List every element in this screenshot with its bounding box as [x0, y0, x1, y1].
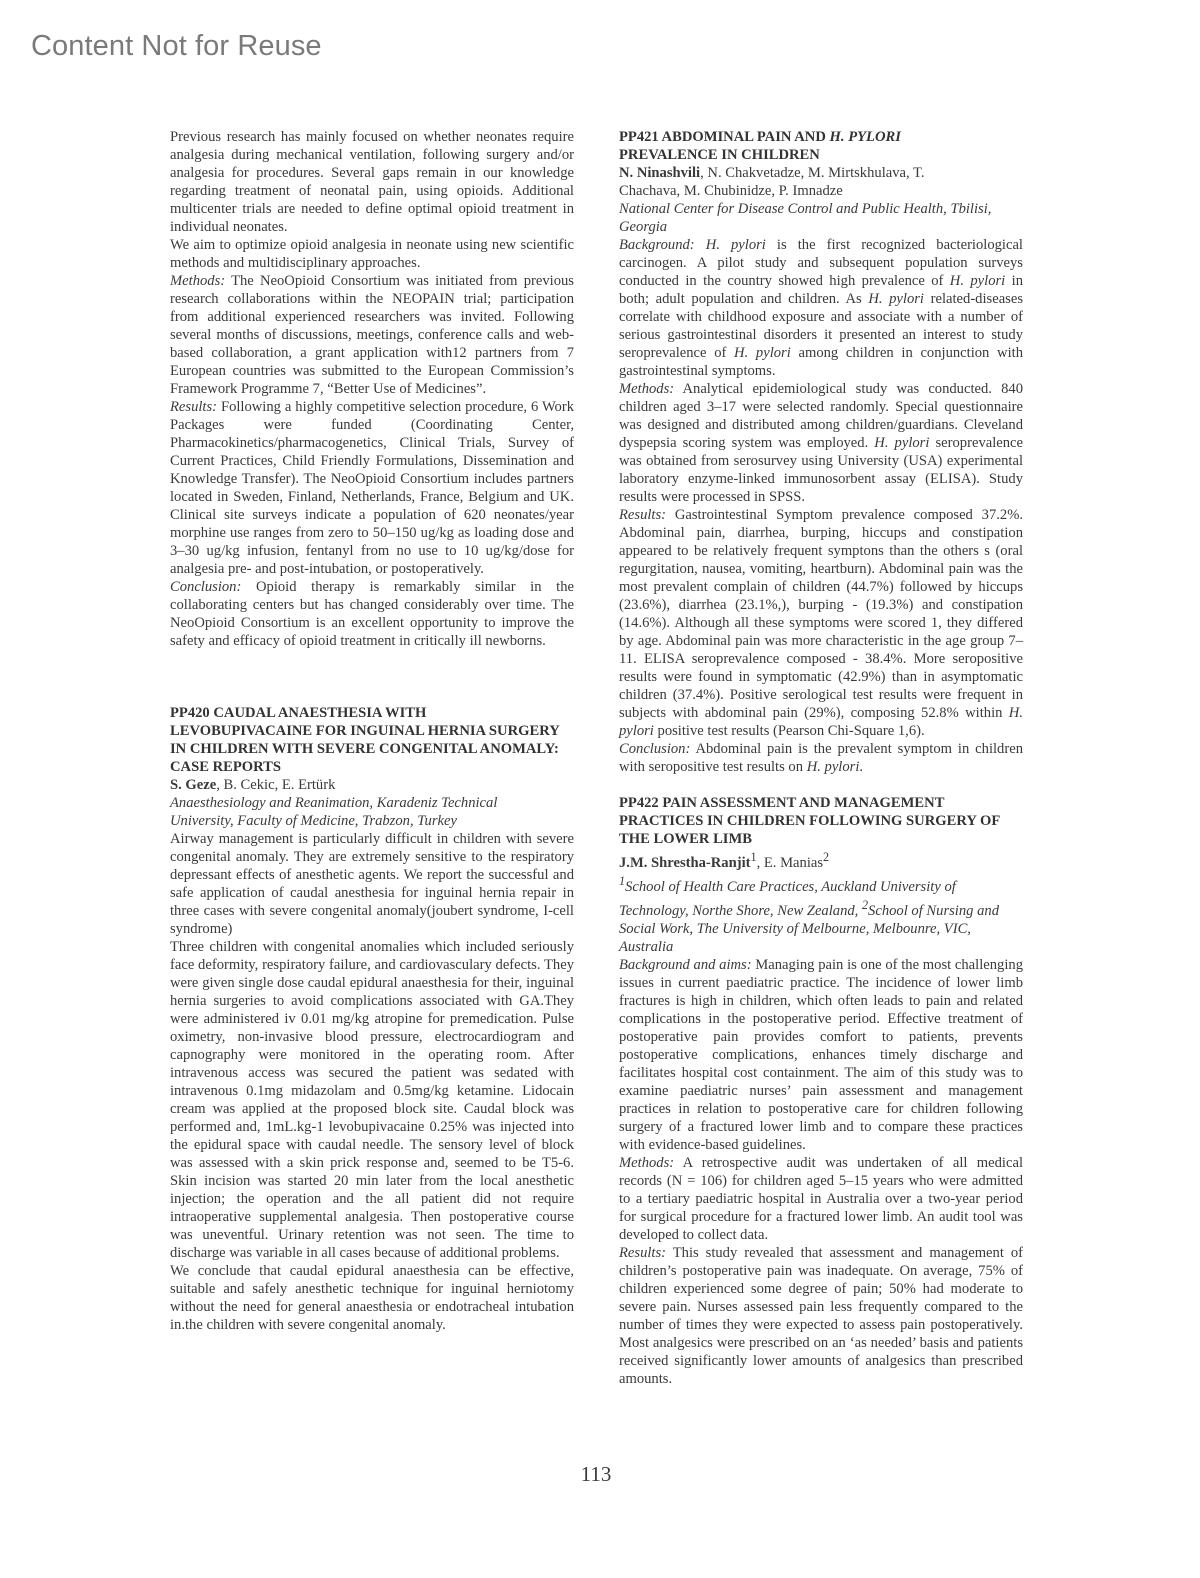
methods-paragraph: Methods: The NeoOpioid Consortium was in… [170, 272, 574, 398]
section-label: Background: [619, 237, 695, 253]
conclusion-paragraph: Conclusion: Abdominal pain is the preval… [619, 740, 1023, 776]
right-column: PP421 ABDOMINAL PAIN AND H. PYLORI PREVA… [619, 128, 1023, 1388]
section-label: Methods: [619, 1155, 674, 1171]
left-column: Previous research has mainly focused on … [170, 128, 574, 1334]
abstract-title: PP420 CAUDAL ANAESTHESIA WITH LEVOBUPIVA… [170, 704, 570, 776]
section-label: Conclusion: [619, 741, 690, 757]
abstract-title: PP421 ABDOMINAL PAIN AND H. PYLORI PREVA… [619, 128, 1023, 164]
spacer [170, 686, 574, 704]
abstract-pp422: PP422 PAIN ASSESSMENT AND MANAGEMENT PRA… [619, 794, 1023, 1388]
paragraph: Three children with congenital anomalies… [170, 938, 574, 1262]
section-label: Methods: [619, 381, 674, 397]
spacer [170, 650, 574, 686]
affiliation: 1School of Health Care Practices, Auckla… [619, 872, 1023, 956]
section-label: Conclusion: [170, 579, 241, 595]
paragraph: We aim to optimize opioid analgesia in n… [170, 236, 574, 272]
presenting-author: S. Geze [170, 777, 216, 793]
conclusion-paragraph: Conclusion: Opioid therapy is remarkably… [170, 578, 574, 650]
results-paragraph: Results: This study revealed that assess… [619, 1244, 1023, 1388]
abstract-pp420: PP420 CAUDAL ANAESTHESIA WITH LEVOBUPIVA… [170, 704, 574, 1334]
section-label: Background and aims: [619, 957, 752, 973]
background-paragraph: Background: H. pylori is the first recog… [619, 236, 1023, 380]
abstract-pp421: PP421 ABDOMINAL PAIN AND H. PYLORI PREVA… [619, 128, 1023, 776]
authors: S. Geze, B. Cekic, E. Ertürk [170, 776, 574, 794]
presenting-author: N. Ninashvili [619, 165, 700, 181]
paragraph: Airway management is particularly diffic… [170, 830, 574, 938]
section-label: Results: [619, 1245, 666, 1261]
authors: N. Ninashvili, N. Chakvetadze, M. Mirtsk… [619, 164, 959, 200]
presenting-author: J.M. Shrestha-Ranjit [619, 855, 750, 871]
abstract-continuation: Previous research has mainly focused on … [170, 128, 574, 650]
watermark: Content Not for Reuse [31, 30, 322, 63]
paragraph: Previous research has mainly focused on … [170, 128, 574, 236]
affiliation: National Center for Disease Control and … [619, 200, 999, 236]
section-label: Methods: [170, 273, 225, 289]
methods-paragraph: Methods: Analytical epidemiological stud… [619, 380, 1023, 506]
paragraph: We conclude that caudal epidural anaesth… [170, 1262, 574, 1334]
background-paragraph: Background and aims: Managing pain is on… [619, 956, 1023, 1154]
results-paragraph: Results: Gastrointestinal Symptom preval… [619, 506, 1023, 740]
affiliation: Anaesthesiology and Reanimation, Karaden… [170, 794, 540, 830]
section-label: Results: [170, 399, 217, 415]
section-label: Results: [619, 507, 666, 523]
methods-paragraph: Methods: A retrospective audit was under… [619, 1154, 1023, 1244]
page-number: 113 [0, 1462, 1192, 1487]
authors: J.M. Shrestha-Ranjit1, E. Manias2 [619, 848, 1023, 872]
abstract-title: PP422 PAIN ASSESSMENT AND MANAGEMENT PRA… [619, 794, 1019, 848]
results-paragraph: Results: Following a highly competitive … [170, 398, 574, 578]
spacer [619, 776, 1023, 794]
